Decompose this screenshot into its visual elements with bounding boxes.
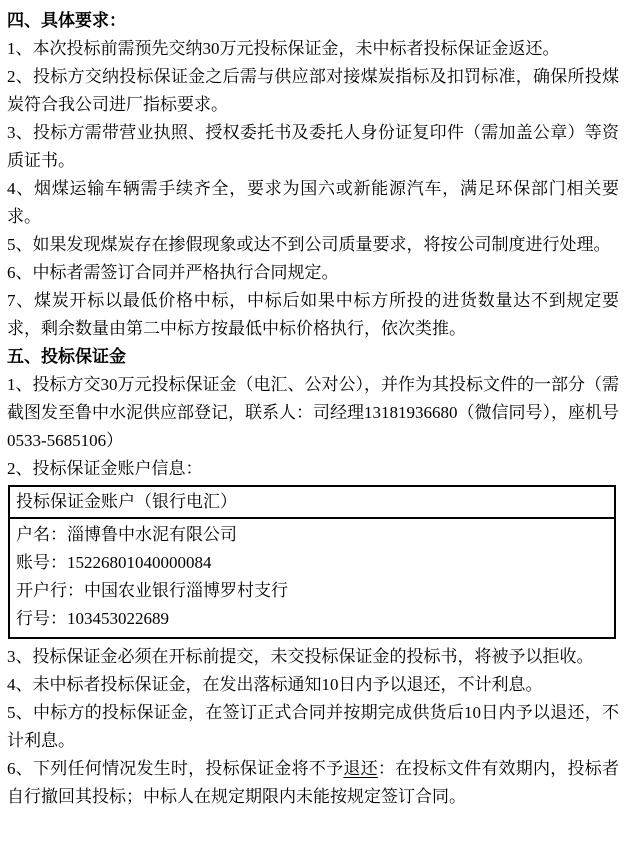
account-row-account-number: 账号：15226801040000084: [16, 549, 608, 577]
section-4-heading: 四、具体要求：: [7, 7, 619, 35]
deposit-account-table: 投标保证金账户（银行电汇） 户名：淄博鲁中水泥有限公司 账号：152268010…: [8, 485, 616, 639]
account-table-header: 投标保证金账户（银行电汇）: [10, 487, 614, 519]
deposit-item-6-underlined: 退还: [343, 759, 378, 778]
section-5-item-6: 6、下列任何情况发生时，投标保证金将不予退还：在投标文件有效期内，投标者自行撤回…: [7, 755, 619, 811]
section-4-item-7: 7、煤炭开标以最低价格中标，中标后如果中标方所投的进货数量达不到规定要求，剩余数…: [7, 287, 619, 343]
account-row-bank-code: 行号：103453022689: [16, 605, 608, 633]
section-5-item-1: 1、投标方交30万元投标保证金（电汇、公对公），并作为其投标文件的一部分（需截图…: [7, 371, 619, 455]
section-5-item-5: 5、中标方的投标保证金，在签订正式合同并按期完成供货后10日内予以退还，不计利息…: [7, 699, 619, 755]
section-5-item-2: 2、投标保证金账户信息：: [7, 455, 619, 483]
section-4-item-5: 5、如果发现煤炭存在掺假现象或达不到公司质量要求，将按公司制度进行处理。: [7, 231, 619, 259]
deposit-item-6-prefix: 6、下列任何情况发生时，投标保证金将不予: [7, 759, 343, 778]
section-4-item-1: 1、本次投标前需预先交纳30万元投标保证金，未中标者投标保证金返还。: [7, 35, 619, 63]
tender-document: 四、具体要求： 1、本次投标前需预先交纳30万元投标保证金，未中标者投标保证金返…: [0, 0, 635, 852]
section-5-item-4: 4、未中标者投标保证金，在发出落标通知10日内予以退还，不计利息。: [7, 671, 619, 699]
section-4-item-4: 4、烟煤运输车辆需手续齐全，要求为国六或新能源汽车，满足环保部门相关要求。: [7, 175, 619, 231]
section-4-item-6: 6、中标者需签订合同并严格执行合同规定。: [7, 259, 619, 287]
account-row-bank-branch: 开户行：中国农业银行淄博罗村支行: [16, 577, 608, 605]
section-4-item-3: 3、投标方需带营业执照、授权委托书及委托人身份证复印件（需加盖公章）等资质证书。: [7, 119, 619, 175]
section-5-item-3: 3、投标保证金必须在开标前提交，未交投标保证金的投标书，将被予以拒收。: [7, 643, 619, 671]
account-table-body: 户名：淄博鲁中水泥有限公司 账号：15226801040000084 开户行：中…: [10, 519, 614, 637]
section-4-item-2: 2、投标方交纳投标保证金之后需与供应部对接煤炭指标及扣罚标准，确保所投煤炭符合我…: [7, 63, 619, 119]
account-row-holder-name: 户名：淄博鲁中水泥有限公司: [16, 521, 608, 549]
section-5-heading: 五、投标保证金: [7, 343, 619, 371]
